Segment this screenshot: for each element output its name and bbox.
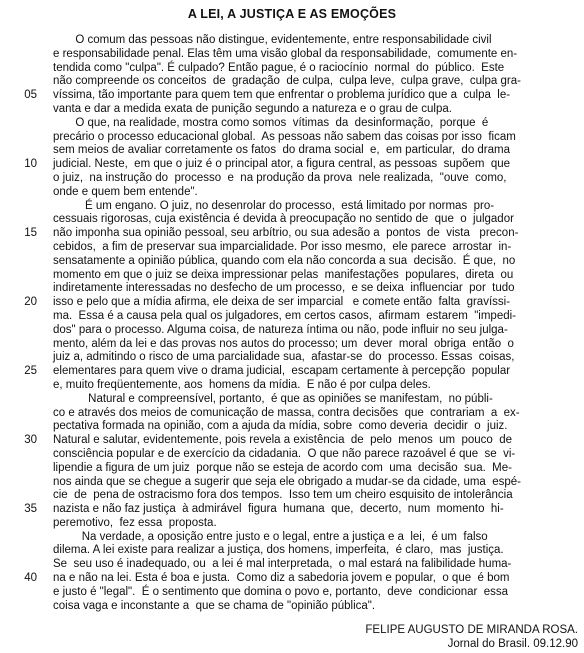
line-text: juiz a, admitindo o risco de uma parcial… [53, 351, 515, 365]
text-line: indiretamente interessadas no desfecho d… [0, 282, 584, 296]
line-text: judicial. Neste, em que o juiz é o princ… [53, 158, 510, 172]
line-text: cessuais rigorosas, cuja existência é de… [53, 213, 514, 227]
line-text: lipendie a figura de um juiz porque não … [53, 462, 512, 476]
line-text: peremotivo, fez essa proposta. [53, 517, 217, 531]
signature-block: FELIPE AUGUSTO DE MIRANDA ROSA. Jornal d… [0, 624, 584, 651]
line-text: onde e quem bem entende". [53, 186, 198, 200]
document-page: A LEI, A JUSTIÇA E AS EMOÇÕES O comum da… [0, 0, 584, 653]
line-text: nos ainda que se chegue a sugerir que se… [53, 476, 521, 490]
line-text: É um engano. O juiz, no desenrolar do pr… [53, 200, 494, 214]
signature-source: Jornal do Brasil. 09.12.90 [0, 638, 578, 652]
line-text: o juiz, na instrução do processo e na pr… [53, 172, 507, 186]
text-line: co e através dos meios de comunicação de… [0, 407, 584, 421]
line-text: pectativa formada na opinião, com a ajud… [53, 420, 508, 434]
text-line: lipendie a figura de um juiz porque não … [0, 462, 584, 476]
line-text: sensatamente a opinião pública, quando c… [53, 255, 515, 269]
text-line: dos" para o processo. Alguma coisa, de n… [0, 324, 584, 338]
text-line: dilema. A lei existe para realizar a jus… [0, 544, 584, 558]
line-text: na e não na lei. Esta é boa e justa. Com… [53, 572, 509, 586]
line-text: momento em que o juiz se deixa impressio… [53, 269, 513, 283]
text-line: O comum das pessoas não distingue, evide… [0, 34, 584, 48]
line-number: 25 [0, 365, 37, 379]
line-number: 05 [0, 89, 37, 103]
text-line: tendida como "culpa". É culpado? Então p… [0, 62, 584, 76]
text-line: e responsabilidade penal. Elas têm uma v… [0, 48, 584, 62]
text-line: juiz a, admitindo o risco de uma parcial… [0, 351, 584, 365]
text-line: pectativa formada na opinião, com a ajud… [0, 420, 584, 434]
line-text: e, muito freqüentemente, aos homens da m… [53, 379, 431, 393]
line-text: coisa vaga e inconstante a que se chama … [53, 600, 375, 614]
text-line: Natural e compreensível, portanto, é que… [0, 393, 584, 407]
line-number: 15 [0, 227, 37, 241]
text-line: nos ainda que se chegue a sugerir que se… [0, 476, 584, 490]
line-text: precário o processo educacional global. … [53, 131, 516, 145]
line-text: não imponha sua opinião pessoal, seu arb… [53, 227, 518, 241]
text-line: 40 na e não na lei. Esta é boa e justa. … [0, 572, 584, 586]
text-line: cessuais rigorosas, cuja existência é de… [0, 213, 584, 227]
text-line: mento, além da lei e das provas nos auto… [0, 338, 584, 352]
text-line: coisa vaga e inconstante a que se chama … [0, 600, 584, 614]
line-number: 20 [0, 296, 37, 310]
line-text: Natural e compreensível, portanto, é que… [53, 393, 493, 407]
document-title: A LEI, A JUSTIÇA E AS EMOÇÕES [0, 7, 584, 22]
line-text: co e através dos meios de comunicação de… [53, 407, 520, 421]
line-text: Natural e salutar, evidentemente, pois r… [53, 434, 512, 448]
line-text: isso e pelo que a mídia afirma, ele deix… [53, 296, 510, 310]
signature-author: FELIPE AUGUSTO DE MIRANDA ROSA. [0, 624, 578, 638]
text-line: ma. Essa é a causa pela qual os julgador… [0, 310, 584, 324]
line-text: não compreende os conceitos de gradação … [53, 75, 521, 89]
text-line: cie de pena de ostracismo fora dos tempo… [0, 489, 584, 503]
line-text: elementares para quem vive o drama judic… [53, 365, 510, 379]
line-text: e justo é "legal". É o sentimento que do… [53, 586, 508, 600]
text-line: 25 elementares para quem vive o drama ju… [0, 365, 584, 379]
text-line: O que, na realidade, mostra como somos v… [0, 117, 584, 131]
line-text: tendida como "culpa". É culpado? Então p… [53, 62, 504, 76]
line-text: e responsabilidade penal. Elas têm uma v… [53, 48, 517, 62]
line-text: indiretamente interessadas no desfecho d… [53, 282, 515, 296]
line-number: 35 [0, 503, 37, 517]
text-line: sensatamente a opinião pública, quando c… [0, 255, 584, 269]
line-text: nazista e não faz justiça à admirável fi… [53, 503, 504, 517]
text-line: Na verdade, a oposição entre justo e o l… [0, 531, 584, 545]
line-text: ma. Essa é a causa pela qual os julgador… [53, 310, 516, 324]
text-line: momento em que o juiz se deixa impressio… [0, 269, 584, 283]
line-text: O que, na realidade, mostra como somos v… [53, 117, 488, 131]
text-line: e, muito freqüentemente, aos homens da m… [0, 379, 584, 393]
line-text: cie de pena de ostracismo fora dos tempo… [53, 489, 513, 503]
text-line: peremotivo, fez essa proposta. [0, 517, 584, 531]
text-line: precário o processo educacional global. … [0, 131, 584, 145]
line-text: vanta e dar a medida exata de punição se… [53, 103, 452, 117]
line-text: consciência popular e de exercício da ci… [53, 448, 515, 462]
text-body: O comum das pessoas não distingue, evide… [0, 34, 584, 613]
text-line: e justo é "legal". É o sentimento que do… [0, 586, 584, 600]
text-line: cebidos, a fim de preservar sua imparcia… [0, 241, 584, 255]
line-text: mento, além da lei e das provas nos auto… [53, 338, 514, 352]
line-text: dilema. A lei existe para realizar a jus… [53, 544, 504, 558]
line-text: sem meios de avaliar corretamente os fat… [53, 144, 510, 158]
text-line: o juiz, na instrução do processo e na pr… [0, 172, 584, 186]
text-line: não compreende os conceitos de gradação … [0, 75, 584, 89]
line-text: Na verdade, a oposição entre justo e o l… [53, 531, 488, 545]
line-text: Se seu uso é inadequado, ou a lei é mal … [53, 558, 511, 572]
line-number: 40 [0, 572, 37, 586]
text-line: consciência popular e de exercício da ci… [0, 448, 584, 462]
text-line: vanta e dar a medida exata de punição se… [0, 103, 584, 117]
text-line: onde e quem bem entende". [0, 186, 584, 200]
line-text: dos" para o processo. Alguma coisa, de n… [53, 324, 508, 338]
line-number: 30 [0, 434, 37, 448]
text-line: 35 nazista e não faz justiça à admirável… [0, 503, 584, 517]
line-text: cebidos, a fim de preservar sua imparcia… [53, 241, 511, 255]
line-text: O comum das pessoas não distingue, evide… [53, 34, 492, 48]
text-line: É um engano. O juiz, no desenrolar do pr… [0, 200, 584, 214]
text-line: 15 não imponha sua opinião pessoal, seu … [0, 227, 584, 241]
text-line: sem meios de avaliar corretamente os fat… [0, 144, 584, 158]
text-line: 30 Natural e salutar, evidentemente, poi… [0, 434, 584, 448]
text-line: 20 isso e pelo que a mídia afirma, ele d… [0, 296, 584, 310]
line-text: víssima, tão importante para quem tem qu… [53, 89, 510, 103]
text-line: 05 víssima, tão importante para quem tem… [0, 89, 584, 103]
text-line: 10 judicial. Neste, em que o juiz é o pr… [0, 158, 584, 172]
text-line: Se seu uso é inadequado, ou a lei é mal … [0, 558, 584, 572]
line-number: 10 [0, 158, 37, 172]
